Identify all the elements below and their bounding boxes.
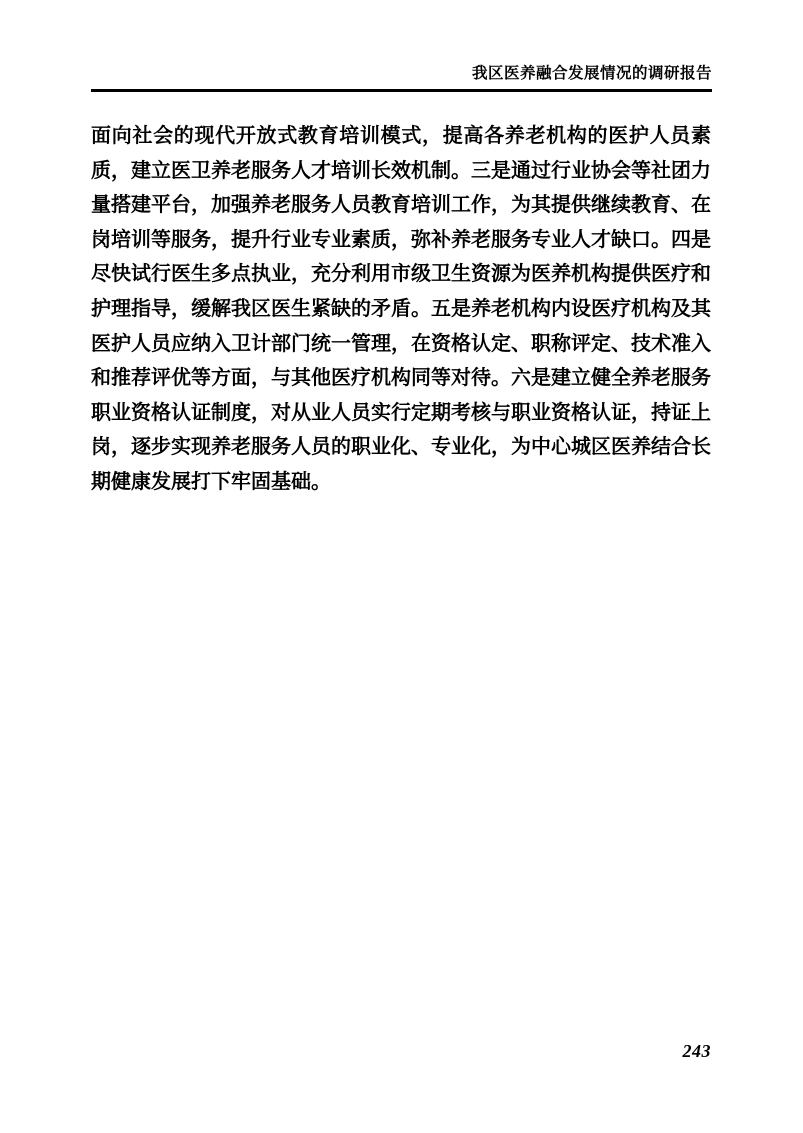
body-line: 尽快试行医生多点执业，充分利用市级卫生资源为医养机构提供医疗和	[91, 257, 711, 292]
body-text: 面向社会的现代开放式教育培训模式，提高各养老机构的医护人员素 质，建立医卫养老服…	[91, 119, 711, 500]
body-line: 质，建立医卫养老服务人才培训长效机制。三是通过行业协会等社团力	[91, 154, 711, 189]
body-line: 护理指导，缓解我区医生紧缺的矛盾。五是养老机构内设医疗机构及其	[91, 292, 711, 327]
body-line: 和推荐评优等方面，与其他医疗机构同等对待。六是建立健全养老服务	[91, 361, 711, 396]
body-line: 职业资格认证制度，对从业人员实行定期考核与职业资格认证，持证上	[91, 396, 711, 431]
body-line: 量搭建平台，加强养老服务人员教育培训工作，为其提供继续教育、在	[91, 188, 711, 223]
body-line: 期健康发展打下牢固基础。	[91, 465, 711, 500]
page-number: 243	[683, 1041, 712, 1061]
body-line: 岗，逐步实现养老服务人员的职业化、专业化，为中心城区医养结合长	[91, 430, 711, 465]
header-title: 我区医养融合发展情况的调研报告	[91, 64, 712, 84]
body-line: 岗培训等服务，提升行业专业素质，弥补养老服务专业人才缺口。四是	[91, 223, 711, 258]
body-line: 医护人员应纳入卫计部门统一管理，在资格认定、职称评定、技术准入	[91, 327, 711, 362]
page-header: 我区医养融合发展情况的调研报告	[91, 64, 712, 92]
document-page: 我区医养融合发展情况的调研报告 面向社会的现代开放式教育培训模式，提高各养老机构…	[0, 0, 803, 1133]
body-line: 面向社会的现代开放式教育培训模式，提高各养老机构的医护人员素	[91, 119, 711, 154]
